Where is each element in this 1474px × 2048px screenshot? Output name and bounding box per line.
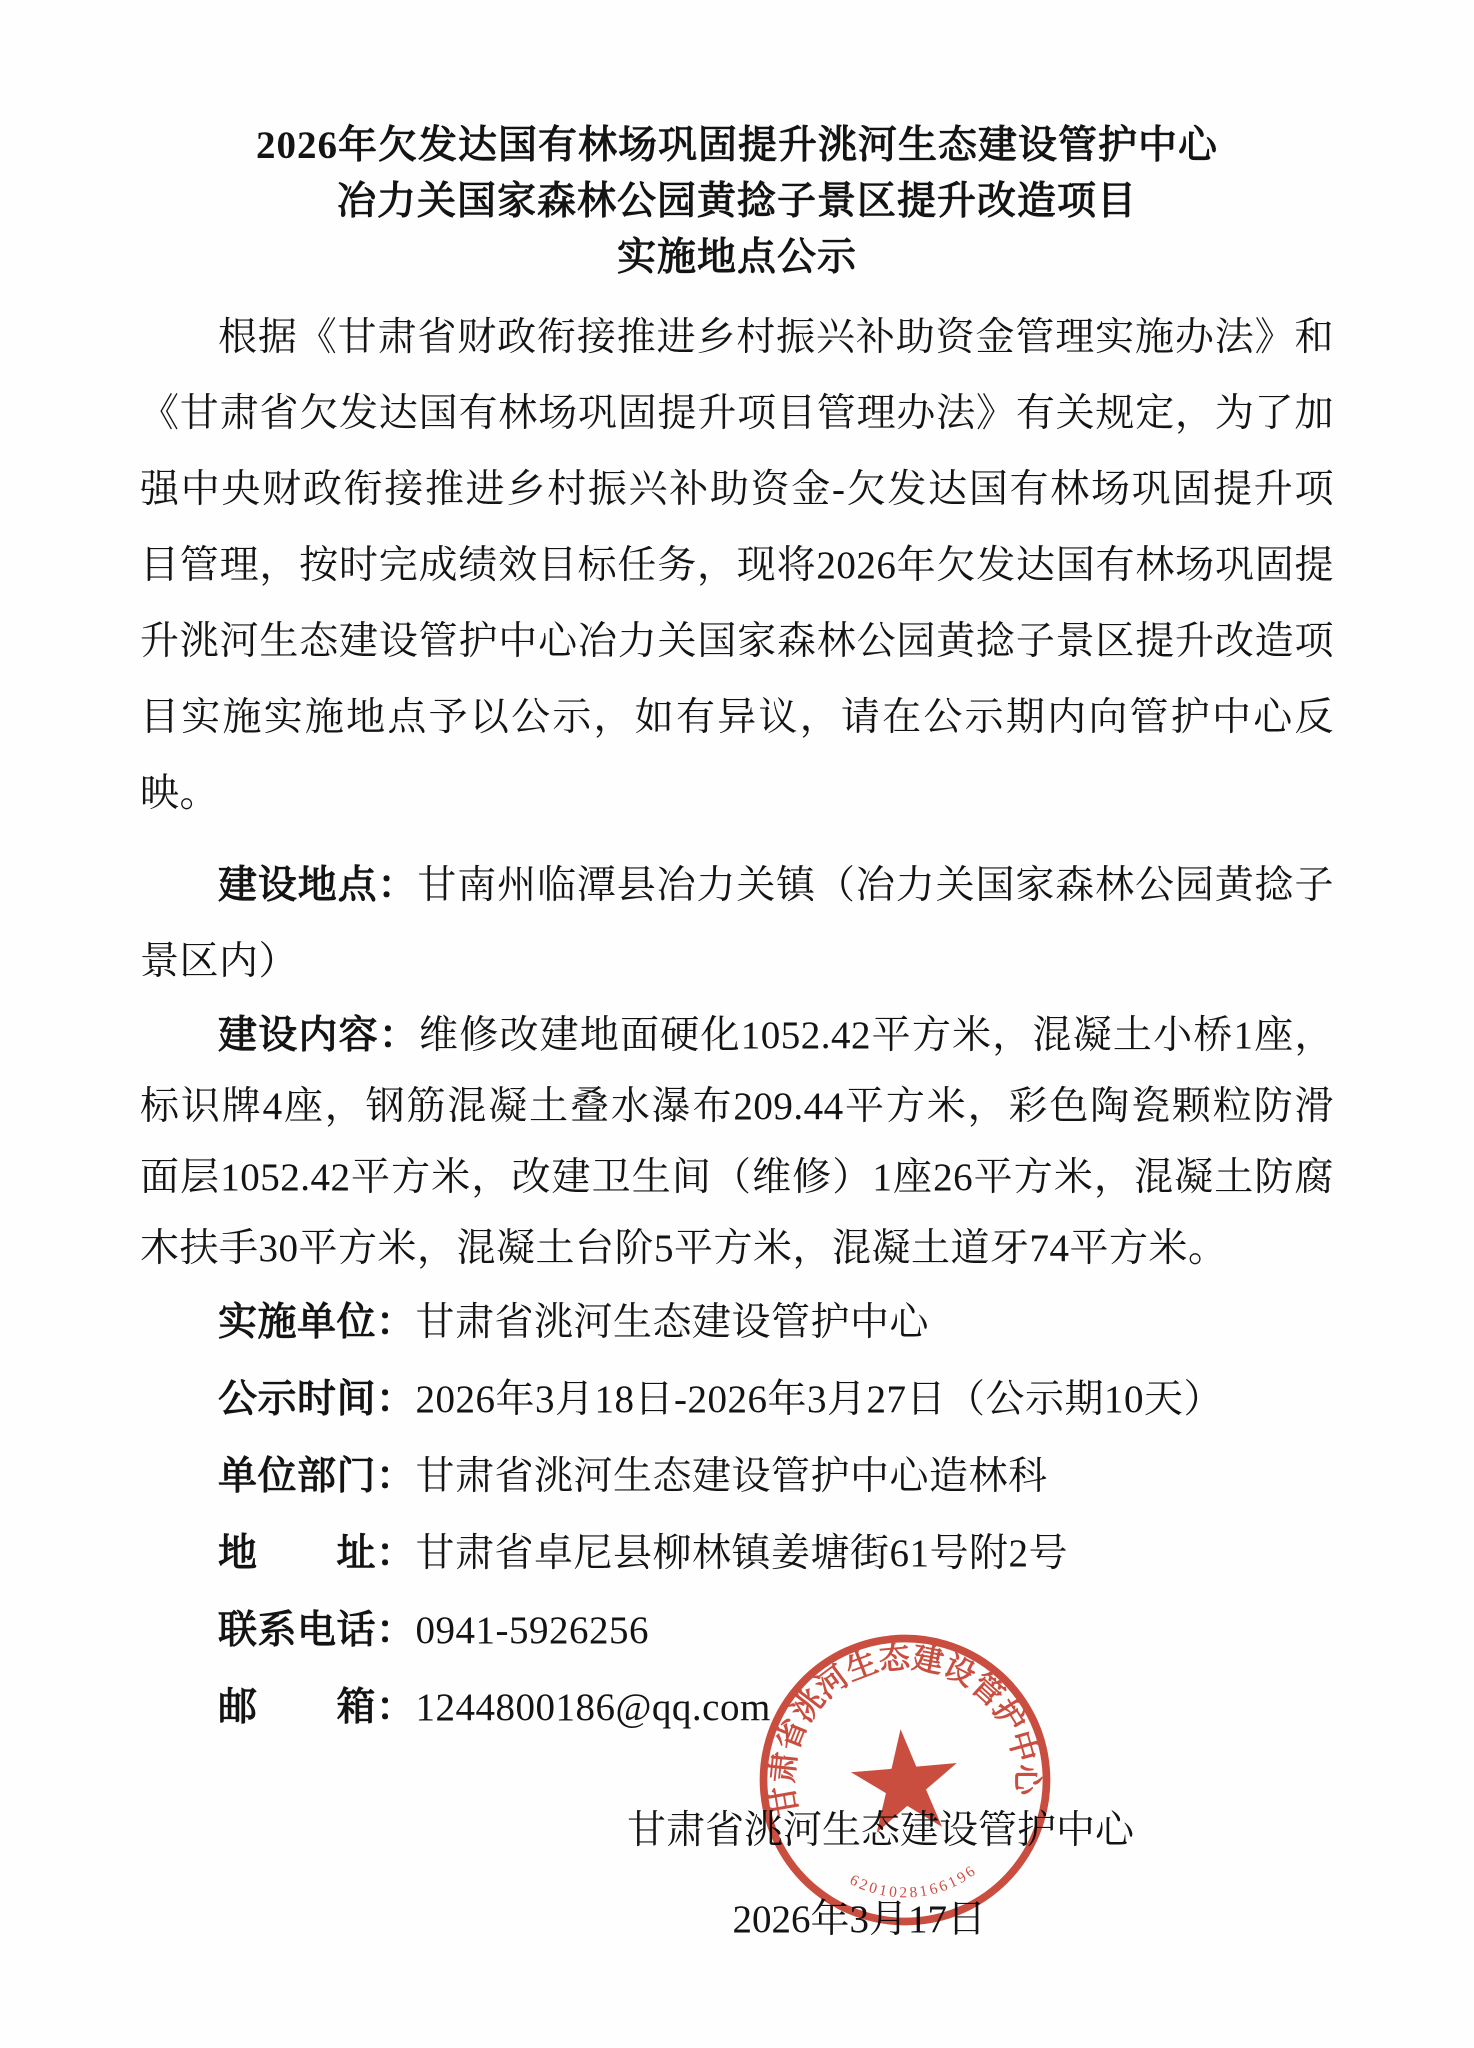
publicity-period-value: 2026年3月18日-2026年3月27日（公示期10天） <box>416 1378 1224 1421</box>
implementing-unit-label: 实施单位： <box>218 1301 416 1344</box>
implementing-unit-value: 甘肃省洮河生态建设管护中心 <box>416 1301 930 1344</box>
email-label: 邮 箱： <box>218 1686 416 1729</box>
document-page: 2026年欠发达国有林场巩固提升洮河生态建设管护中心 冶力关国家森林公园黄捻子景… <box>0 0 1474 2048</box>
item-department: 单位部门：甘肃省洮河生态建设管护中心造林科 <box>140 1438 1334 1515</box>
address-value: 甘肃省卓尼县柳林镇姜塘街61号附2号 <box>416 1532 1069 1575</box>
location-paragraph: 建设地点：甘南州临潭县冶力关镇（冶力关国家森林公园黄捻子景区内） <box>140 848 1334 1000</box>
address-label: 地 址： <box>218 1532 416 1575</box>
intro-paragraph: 根据《甘肃省财政衔接推进乡村振兴补助资金管理实施办法》和《甘肃省欠发达国有林场巩… <box>140 300 1334 832</box>
department-label: 单位部门： <box>218 1455 416 1498</box>
document-content: 2026年欠发达国有林场巩固提升洮河生态建设管护中心 冶力关国家森林公园黄捻子景… <box>140 118 1334 1958</box>
publicity-period-label: 公示时间： <box>218 1378 416 1421</box>
signature-date: 2026年3月17日 <box>140 1881 1334 1958</box>
title-line-3: 实施地点公示 <box>140 230 1334 286</box>
title-line-1: 2026年欠发达国有林场巩固提升洮河生态建设管护中心 <box>140 118 1334 174</box>
item-implementing-unit: 实施单位：甘肃省洮河生态建设管护中心 <box>140 1284 1334 1361</box>
phone-value: 0941-5926256 <box>416 1609 650 1652</box>
content-label: 建设内容： <box>218 1014 419 1057</box>
item-phone: 联系电话：0941-5926256 <box>140 1592 1334 1669</box>
content-paragraph: 建设内容：维修改建地面硬化1052.42平方米，混凝土小桥1座，标识牌4座，钢筋… <box>140 1000 1334 1284</box>
item-address: 地 址：甘肃省卓尼县柳林镇姜塘街61号附2号 <box>140 1515 1334 1592</box>
signature-org: 甘肃省洮河生态建设管护中心 <box>140 1792 1334 1869</box>
email-value: 1244800186@qq.com <box>416 1686 771 1729</box>
department-value: 甘肃省洮河生态建设管护中心造林科 <box>416 1455 1048 1498</box>
item-publicity-period: 公示时间：2026年3月18日-2026年3月27日（公示期10天） <box>140 1361 1334 1438</box>
phone-label: 联系电话： <box>218 1609 416 1652</box>
title-line-2: 冶力关国家森林公园黄捻子景区提升改造项目 <box>140 174 1334 230</box>
item-email: 邮 箱：1244800186@qq.com <box>140 1669 1334 1746</box>
document-title: 2026年欠发达国有林场巩固提升洮河生态建设管护中心 冶力关国家森林公园黄捻子景… <box>140 118 1334 286</box>
location-label: 建设地点： <box>218 864 417 907</box>
